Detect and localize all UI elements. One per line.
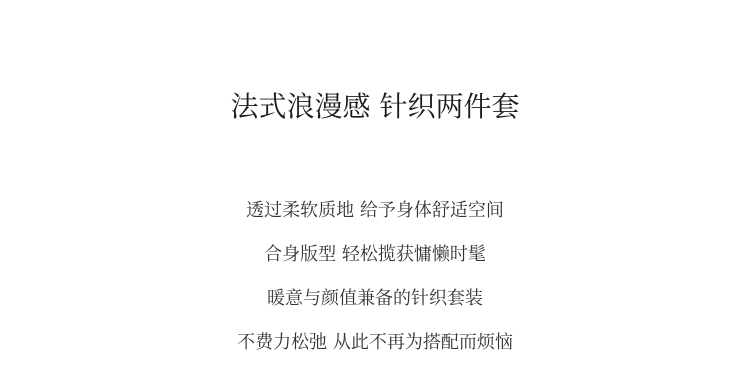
description-line-4: 不费力松弛 从此不再为搭配而烦恼 <box>0 330 750 370</box>
description-line-1: 透过柔软质地 给予身体舒适空间 <box>0 198 750 242</box>
description-block: 透过柔软质地 给予身体舒适空间 合身版型 轻松揽获慵懒时髦 暖意与颜值兼备的针织… <box>0 198 750 370</box>
description-line-2: 合身版型 轻松揽获慵懒时髦 <box>0 242 750 286</box>
page-title: 法式浪漫感 针织两件套 <box>0 88 750 126</box>
description-line-3: 暖意与颜值兼备的针织套装 <box>0 286 750 330</box>
